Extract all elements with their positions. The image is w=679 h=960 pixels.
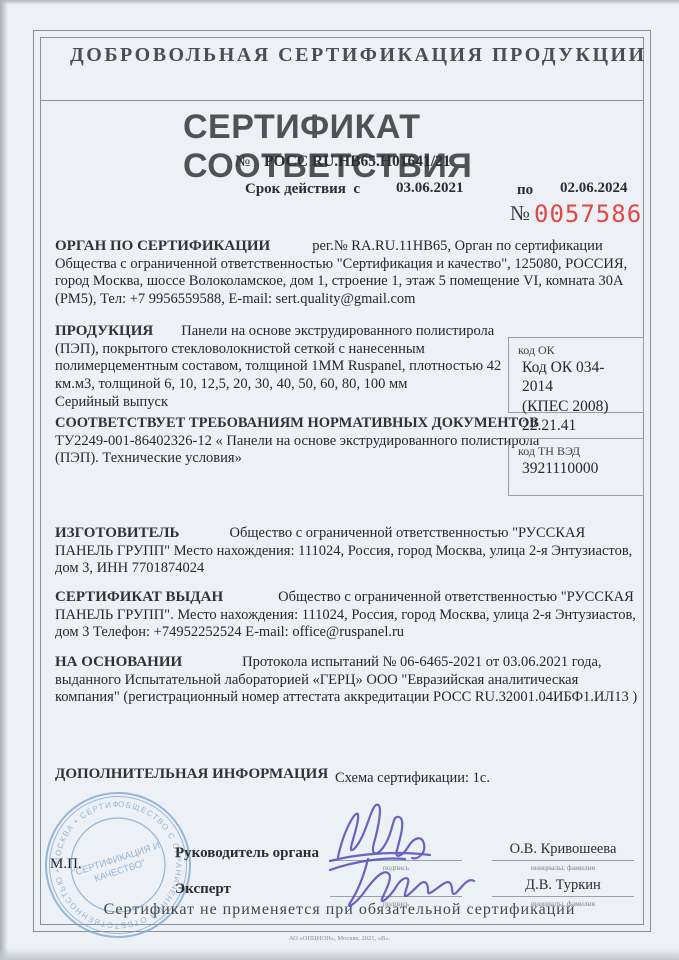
section-certification-body: ОРГАН ПО СЕРТИФИКАЦИИрег.№ RA.RU.11НВ65,… (55, 237, 643, 309)
certificate-title: СЕРТИФИКАТ СООТВЕТСТВИЯ (183, 108, 679, 186)
section-manufacturer: ИЗГОТОВИТЕЛЬОбщество с ограниченной отве… (55, 524, 643, 578)
serial-number-label: № (510, 201, 530, 226)
section-label: СООТВЕТСТВУЕТ ТРЕБОВАНИЯМ НОРМАТИВНЫХ ДО… (55, 415, 539, 431)
signature-head-scribble (338, 805, 424, 859)
validity-to-label: по (517, 182, 533, 199)
additional-info-label: ДОПОЛНИТЕЛЬНАЯ ИНФОРМАЦИЯ (55, 766, 328, 783)
section-text: ТУ2249-001-86402326-12 « Панели на основ… (55, 433, 539, 467)
ok-code-box: код ОК Код ОК 034-2014 (КПЕС 2008) 22.21… (508, 337, 644, 413)
serial-number-value: 0057586 (534, 200, 642, 228)
signature-expert-scribble (349, 859, 474, 906)
signature-scribbles (300, 795, 520, 925)
print-info: АО «ОПЦИОН», Москва, 2021, «В». (0, 935, 679, 942)
stamp-place-mark: М.П. (50, 856, 82, 873)
tnved-code-value: 3921110000 (518, 459, 634, 478)
section-label: НА ОСНОВАНИИ (55, 654, 182, 670)
section-label: ИЗГОТОВИТЕЛЬ (55, 525, 179, 541)
section-label: СЕРТИФИКАТ ВЫДАН (55, 589, 223, 605)
product-serial-note: Серийный выпуск (55, 394, 517, 412)
role-expert-label: Эксперт (175, 881, 231, 898)
role-head-label: Руководитель органа (175, 845, 319, 862)
validity-label: Срок действия с (245, 181, 360, 198)
banner-title: ДОБРОВОЛЬНАЯ СЕРТИФИКАЦИЯ ПРОДУКЦИИ (70, 44, 647, 67)
tnved-code-box: код ТН ВЭД 3921110000 (508, 438, 644, 496)
section-product: ПРОДУКЦИЯПанели на основе экструдированн… (55, 322, 517, 411)
additional-info-text: Схема сертификации: 1с. (335, 770, 490, 787)
ok-code-line: (КПЕС 2008) (518, 397, 634, 416)
ok-code-line: Код ОК 034-2014 (518, 358, 634, 397)
cert-number-label: № (235, 153, 250, 171)
cert-number-value: РОСС RU.НВ65.Н01641/21 (264, 153, 451, 171)
certificate-page: ОБЩЕСТВО С ОГРАНИЧЕННОЙ ОТВЕТСТВЕННОСТЬЮ… (0, 0, 679, 960)
section-issued-to: СЕРТИФИКАТ ВЫДАНОбщество с ограниченной … (55, 588, 643, 642)
tnved-code-label: код ТН ВЭД (518, 444, 634, 459)
section-basis: НА ОСНОВАНИИПротокола испытаний № 06-646… (55, 653, 643, 707)
validity-to-date: 02.06.2024 (560, 180, 628, 197)
ok-code-label: код ОК (518, 343, 634, 358)
section-label: ПРОДУКЦИЯ (55, 323, 153, 339)
validity-from-date: 03.06.2021 (396, 180, 464, 197)
section-label: ОРГАН ПО СЕРТИФИКАЦИИ (55, 238, 270, 254)
section-conforms: СООТВЕТСТВУЕТ ТРЕБОВАНИЯМ НОРМАТИВНЫХ ДО… (55, 415, 560, 468)
